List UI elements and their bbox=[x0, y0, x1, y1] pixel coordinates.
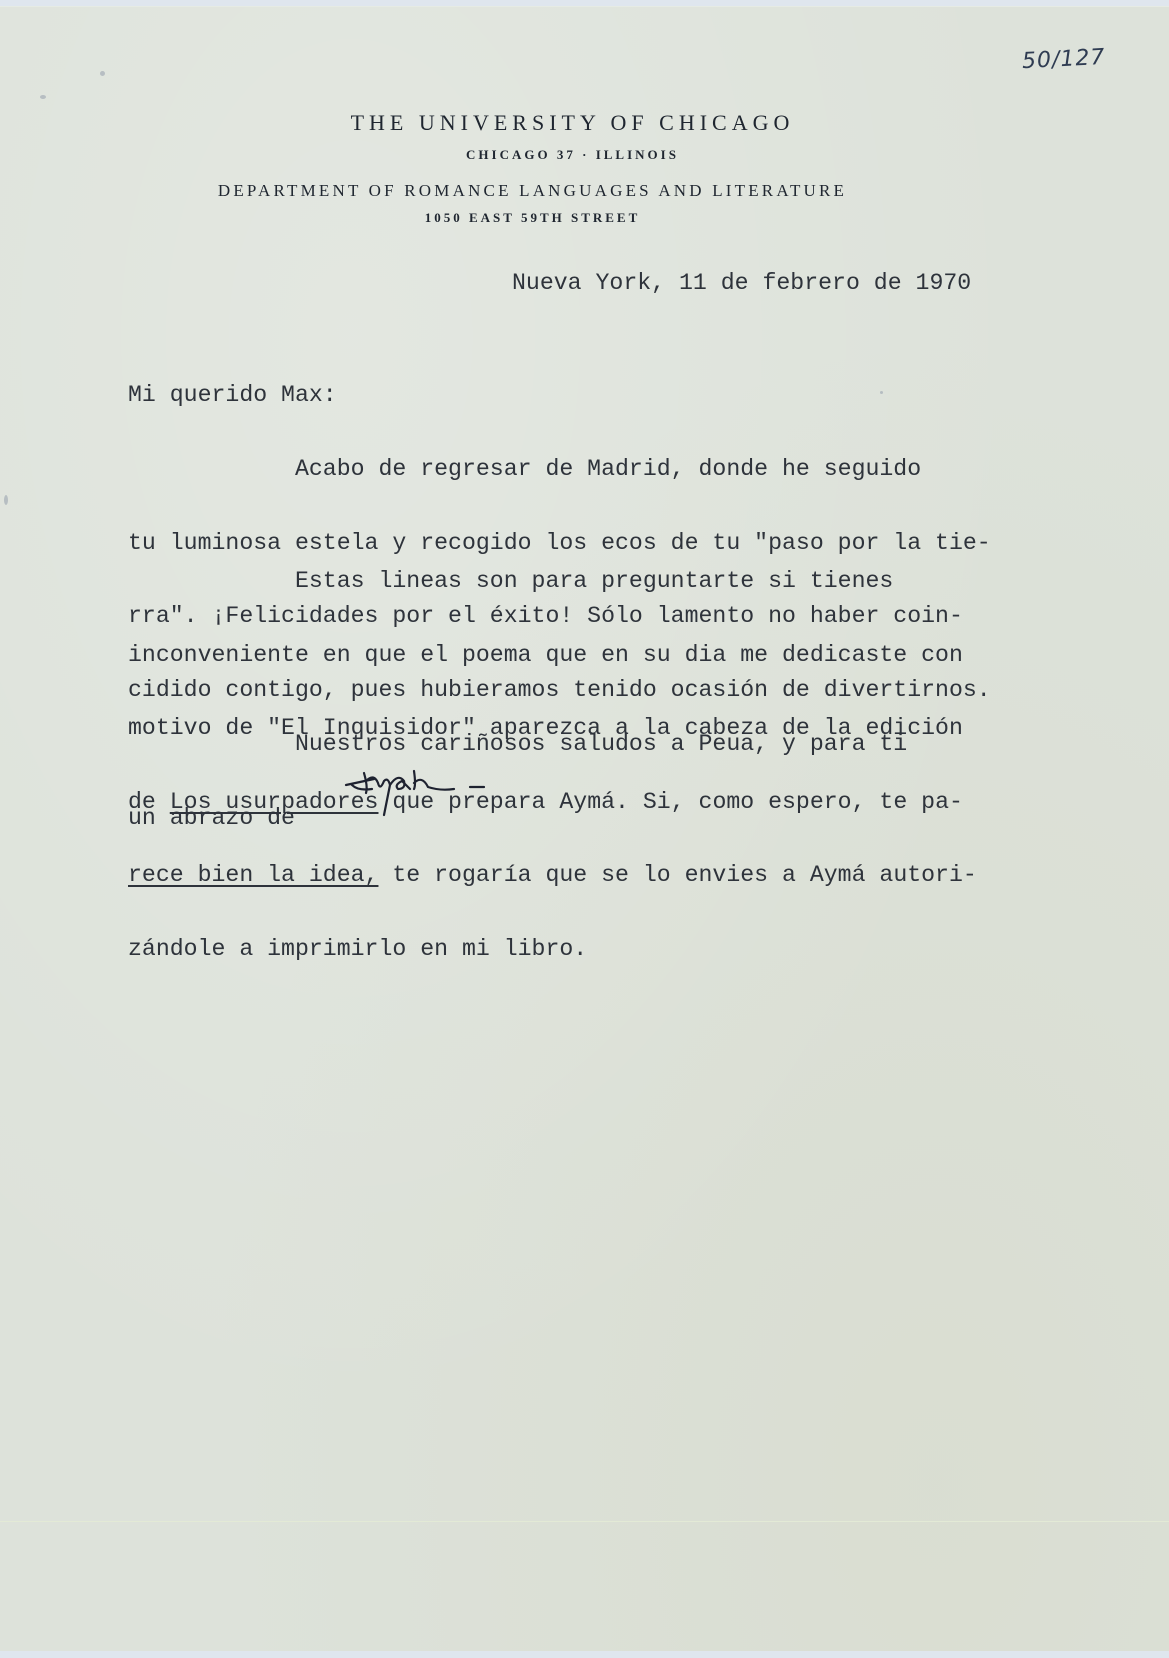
salutation: Mi querido Max: bbox=[128, 383, 337, 408]
dateline: Nueva York, 11 de febrero de 1970 bbox=[512, 271, 971, 296]
paper-speck bbox=[40, 95, 46, 99]
paragraph-line: inconveniente en que el poema que en su … bbox=[128, 643, 977, 668]
letter-page: 50/127 THE UNIVERSITY OF CHICAGO CHICAGO… bbox=[0, 6, 1169, 1651]
archive-number: 50/127 bbox=[1021, 45, 1106, 74]
letterhead-department: DEPARTMENT OF ROMANCE LANGUAGES AND LITE… bbox=[0, 181, 1117, 201]
paper-speck bbox=[100, 71, 105, 76]
handwritten-signature bbox=[344, 767, 544, 837]
paragraph-line: zándole a imprimirlo en mi libro. bbox=[128, 937, 977, 962]
letterhead-street: 1050 EAST 59TH STREET bbox=[0, 210, 1117, 226]
paper-fold-line bbox=[0, 1521, 1169, 1522]
paragraph-line: Acabo de regresar de Madrid, donde he se… bbox=[128, 457, 991, 482]
letterhead-institution: THE UNIVERSITY OF CHICAGO bbox=[0, 110, 1157, 136]
paper-speck bbox=[880, 391, 883, 394]
letterhead-city: CHICAGO 37 · ILLINOIS bbox=[0, 147, 1157, 163]
paragraph-line: Estas lineas son para preguntarte si tie… bbox=[128, 569, 977, 594]
paper-speck bbox=[4, 495, 8, 505]
paragraph-line: Nuestros cariñosos saludos a Peua, y par… bbox=[128, 732, 907, 757]
